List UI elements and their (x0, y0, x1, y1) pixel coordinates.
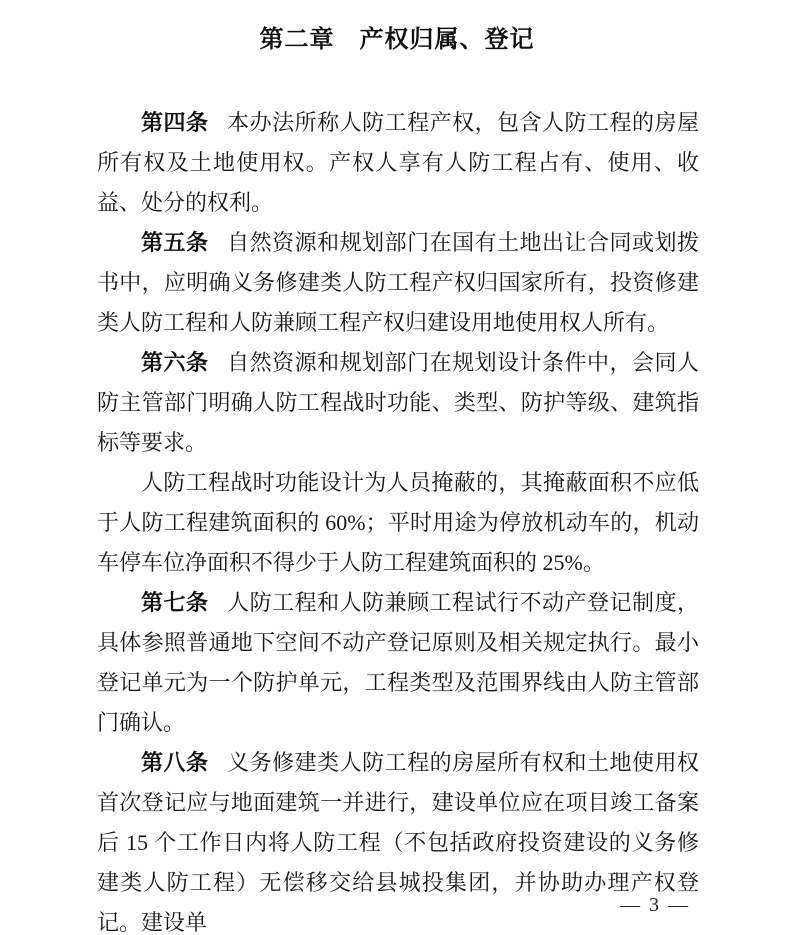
article-8-label: 第八条 (141, 750, 208, 775)
article-paragraph-4: 第四条本办法所称人防工程产权，包含人防工程的房屋所有权及土地使用权。产权人享有人… (97, 103, 699, 223)
chapter-title: 第二章 产权归属、登记 (0, 0, 794, 55)
article-4-label: 第四条 (141, 110, 208, 135)
document-body: 第四条本办法所称人防工程产权，包含人防工程的房屋所有权及土地使用权。产权人享有人… (97, 103, 699, 935)
article-6-label: 第六条 (141, 350, 208, 375)
article-8-text: 义务修建类人防工程的房屋所有权和土地使用权首次登记应与地面建筑一并进行，建设单位… (97, 750, 699, 935)
article-5-label: 第五条 (141, 230, 208, 255)
article-6-continuation-paragraph: 人防工程战时功能设计为人员掩蔽的，其掩蔽面积不应低于人防工程建筑面积的 60%；… (97, 463, 699, 583)
document-page: 第二章 产权归属、登记 第四条本办法所称人防工程产权，包含人防工程的房屋所有权及… (0, 0, 794, 935)
page-number: — 3 — (620, 894, 690, 917)
article-paragraph-7: 第七条人防工程和人防兼顾工程试行不动产登记制度，具体参照普通地下空间不动产登记原… (97, 583, 699, 743)
article-paragraph-6: 第六条自然资源和规划部门在规划设计条件中，会同人防主管部门明确人防工程战时功能、… (97, 343, 699, 463)
article-7-label: 第七条 (141, 590, 208, 615)
article-6-continuation-text: 人防工程战时功能设计为人员掩蔽的，其掩蔽面积不应低于人防工程建筑面积的 60%；… (97, 470, 699, 575)
article-paragraph-5: 第五条自然资源和规划部门在国有土地出让合同或划拨书中，应明确义务修建类人防工程产… (97, 223, 699, 343)
article-paragraph-8: 第八条义务修建类人防工程的房屋所有权和土地使用权首次登记应与地面建筑一并进行，建… (97, 743, 699, 935)
